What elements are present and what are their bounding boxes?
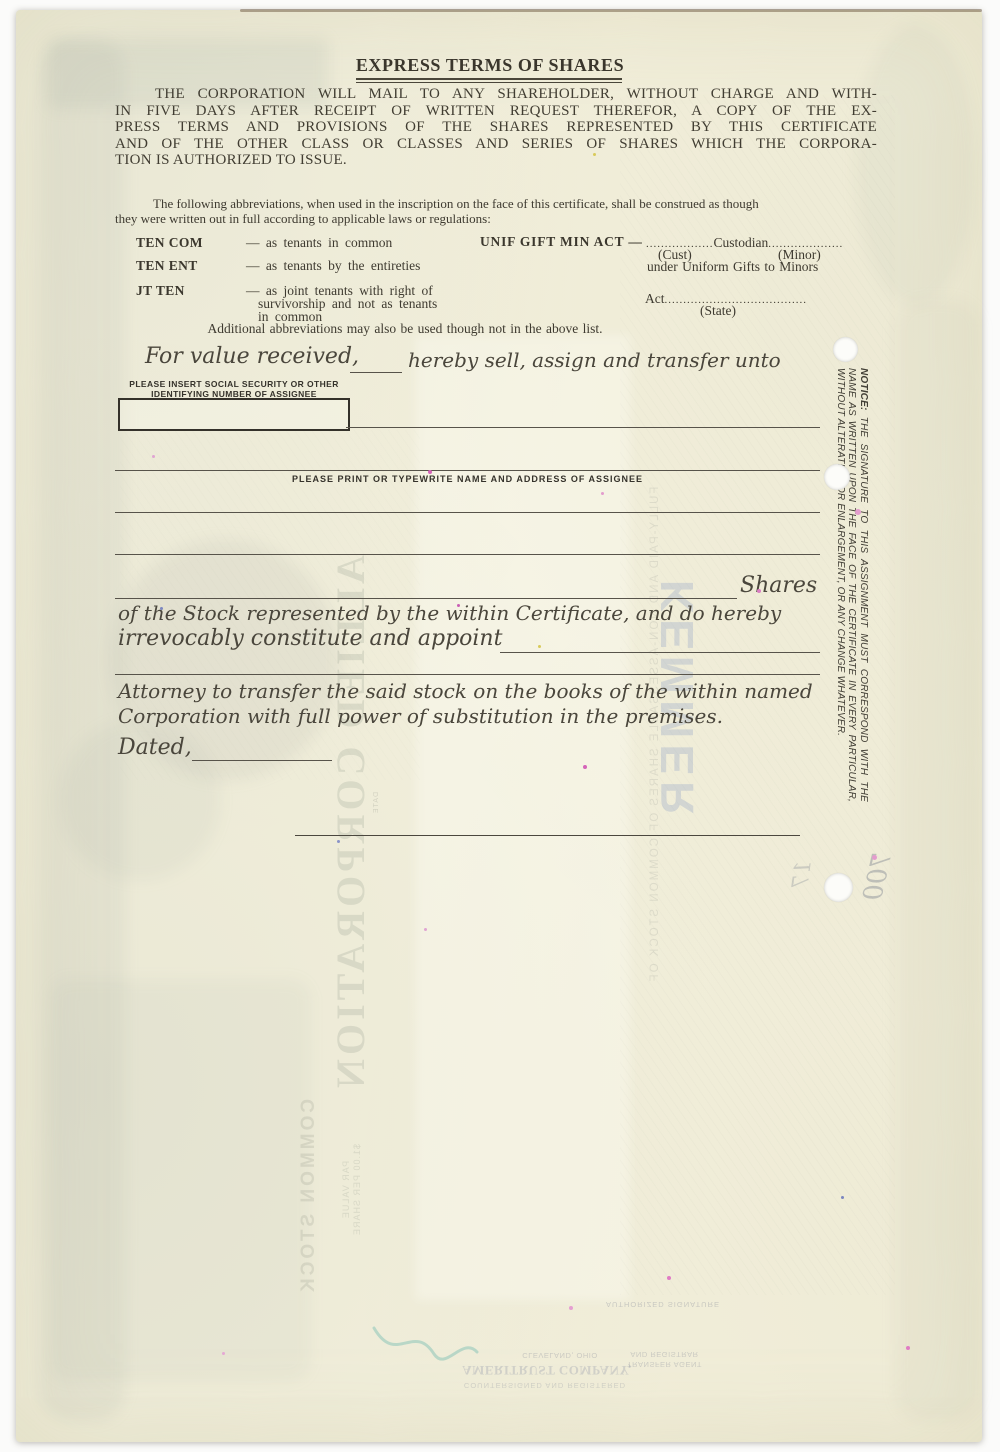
abbrev-intro-line2: they were written out in full according …	[115, 211, 887, 226]
act-label: Act	[645, 291, 665, 306]
state-label: (State)	[700, 303, 736, 319]
punch-hole	[833, 337, 858, 362]
of-the-stock-script: of the Stock represented by the within C…	[118, 601, 781, 625]
terms-line: TION IS AUTHORIZED TO ISSUE.	[115, 152, 877, 169]
paper-edge-shadow	[240, 9, 982, 12]
abbrev-intro-line1: The following abbreviations, when used i…	[115, 196, 887, 211]
unif-gift-label: UNIF GIFT MIN ACT —	[480, 234, 643, 250]
ssn-entry-box	[118, 398, 350, 431]
blank-line	[350, 372, 402, 373]
assignee-name-address-label: PLEASE PRINT OR TYPEWRITE NAME AND ADDRE…	[115, 474, 820, 484]
for-value-received-script: For value received,	[145, 344, 359, 369]
irrevocably-script: irrevocably constitute and appoint	[118, 626, 502, 651]
signature-line	[295, 835, 800, 836]
write-in-line	[115, 674, 820, 675]
terms-line: AND OF THE OTHER CLASS OR CLASSES AND SE…	[115, 136, 877, 153]
page-title: EXPRESS TERMS OF SHARES	[280, 55, 700, 76]
abbrev-ten-com: TEN COM	[136, 235, 203, 251]
scanned-certificate-back: ALLIED CORPORATION COMMON STOCK PAR VALU…	[0, 0, 1000, 1452]
write-in-line	[115, 512, 820, 513]
corporation-script: Corporation with full power of substitut…	[118, 704, 723, 728]
ghost-signature-scribble	[368, 1318, 483, 1370]
ssn-label-line2: IDENTIFYING NUMBER OF ASSIGNEE	[120, 389, 348, 399]
abbrev-ten-ent: TEN ENT	[136, 258, 198, 274]
date-line	[192, 760, 332, 761]
write-in-line	[346, 427, 820, 428]
write-in-line	[115, 470, 820, 471]
abbrev-jt-ten: JT TEN	[136, 283, 185, 299]
punch-hole	[824, 873, 853, 902]
terms-line: IN FIVE DAYS AFTER RECEIPT OF WRITTEN RE…	[115, 103, 877, 120]
terms-line: PRESS TERMS AND PROVISIONS OF THE SHARES…	[115, 119, 877, 136]
attorney-script: Attorney to transfer the said stock on t…	[118, 679, 813, 703]
abbrev-ten-ent-def: — as tenants by the entireties	[246, 258, 420, 274]
terms-line: THE CORPORATION WILL MAIL TO ANY SHAREHO…	[115, 86, 877, 103]
under-uniform-gifts-label: under Uniform Gifts to Minors	[647, 259, 818, 275]
write-in-line	[115, 598, 737, 599]
notice-text: THE SIGNATURE TO THIS ASSIGNMENT MUST CO…	[835, 368, 869, 802]
additional-abbrev-note: Additional abbreviations may also be use…	[115, 321, 695, 337]
terms-paragraph: THE CORPORATION WILL MAIL TO ANY SHAREHO…	[115, 86, 877, 169]
signature-notice: NOTICE: THE SIGNATURE TO THIS ASSIGNMENT…	[835, 368, 870, 802]
sell-assign-transfer-script: hereby sell, assign and transfer unto	[408, 348, 781, 372]
shares-word-script: Shares	[740, 573, 817, 598]
custodian-label: Custodian	[714, 235, 769, 250]
punch-hole	[824, 464, 850, 490]
notice-prefix: NOTICE:	[858, 368, 869, 411]
write-in-line	[115, 554, 820, 555]
title-underline	[356, 78, 622, 83]
dated-script: Dated,	[118, 735, 192, 760]
ssn-label-line1: PLEASE INSERT SOCIAL SECURITY OR OTHER	[120, 379, 348, 389]
abbrev-ten-com-def: — as tenants in common	[246, 235, 392, 251]
attorney-name-line	[500, 652, 820, 653]
